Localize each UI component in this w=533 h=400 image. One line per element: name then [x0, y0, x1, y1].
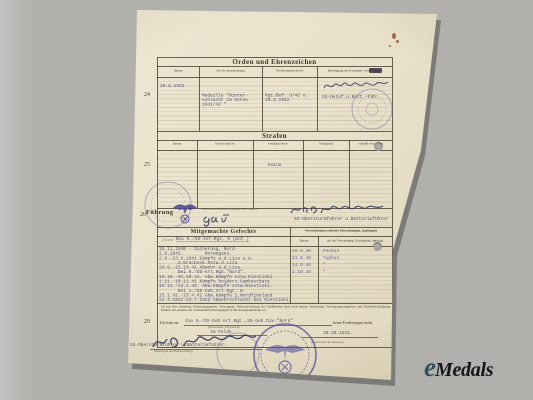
frame-line	[157, 150, 392, 151]
orden-entry-art: Medaille "Winter-schlacht im Osten1941/4…	[202, 84, 248, 117]
strafen-column-line	[253, 140, 254, 208]
strafen-col-verhaengt: verhängt durch	[253, 142, 303, 146]
orden-col-datum: Datum	[157, 69, 199, 73]
verwendungen-col-art: Art der Verwendung, Erkrankung, Impfung	[318, 239, 392, 243]
strafen-column-line	[303, 140, 304, 208]
verwendung-art: Pocken	[323, 249, 339, 254]
verwendungen-rows: 29.8.40Pocken31.8.40Typhus14.9.40"2.10.4…	[292, 249, 392, 277]
verwendung-art: "	[323, 263, 326, 268]
verwendungen-col-datum: Datum	[290, 239, 318, 243]
verwendungen-title: Verwendungen, erlittene Erkrankungen, Im…	[290, 229, 392, 233]
orden-col-art: Art der Auszeichnung	[199, 69, 262, 73]
verwendung-art: Typhus	[323, 256, 339, 261]
strafen-col-verbuesst: verbüßt von — bis	[349, 142, 392, 146]
orden-column-line	[199, 66, 200, 131]
declaration-text: Ich bin über Ahndung, Entlassungsgelder,…	[161, 305, 390, 312]
hole-punch	[374, 142, 383, 151]
frame-line	[157, 66, 392, 67]
orden-column-line	[317, 66, 318, 131]
quittung-prefix: Ich habe an	[160, 321, 178, 325]
quittung-date: 10.10.1942.	[323, 331, 353, 336]
frame-line	[157, 303, 392, 304]
quittung-signer-rank: SS-Obersturmführer u.Batterieführer.	[130, 343, 227, 348]
strafen-entry: keine	[268, 163, 282, 168]
margin-number-29: 29	[144, 319, 150, 325]
gefecht-line: 24.4.1942-23.7.1942 Abwehrschlacht bei K…	[159, 298, 293, 303]
gefechte-unit-note: Bei 6./SS-Inf.Rgt. 9 (mot.)	[176, 237, 249, 242]
orden-entry-nachweis: Rgt.Bef. 3/42 v.10.8.1942	[265, 84, 308, 112]
emedals-logo-text: Medals	[435, 359, 493, 382]
emedals-logo-e: e	[424, 352, 435, 383]
ink-smudge	[369, 68, 382, 73]
margin-number-24: 24	[144, 92, 150, 98]
strafen-col-strafart: Strafart und Nr.	[197, 142, 253, 146]
fuehrung-signer-rank: SS-Obersturmführer u.Batterieführer	[294, 217, 389, 222]
handwriting-grade-gut	[202, 213, 232, 227]
strafen-col-datum: Datum	[157, 142, 197, 146]
verwendung-datum: 29.8.40	[292, 249, 323, 254]
ink-stain	[392, 33, 396, 39]
strafen-column-line	[349, 140, 350, 208]
verwendung-datum: 31.8.40	[292, 256, 323, 261]
verwendung-datum: 2.10.40	[292, 270, 323, 275]
eagle-stamp	[171, 200, 199, 226]
strafen-column-line	[197, 140, 198, 208]
frame-line	[157, 140, 392, 141]
fuehrung-label: Führung	[146, 209, 173, 216]
photo-background: 24 Orden und Ehrenzeichen Datum Art der …	[0, 0, 533, 400]
strafen-title: Strafen	[157, 132, 392, 140]
verwendung-art: "	[323, 270, 326, 275]
gefechte-list: 15.11.1940 - Sicherung, Nord-1.9.1941. N…	[159, 247, 293, 303]
hole-punch	[373, 242, 382, 251]
emedals-logo: e Medals	[424, 352, 493, 383]
verwendung-row: 2.10.40"	[292, 270, 392, 277]
rubber-stamp-faint	[349, 86, 395, 132]
orden-col-nachweis: Verleihungsnachweis	[262, 69, 317, 73]
orden-title: Orden und Ehrenzeichen	[157, 58, 392, 66]
orden-column-line	[262, 66, 263, 131]
margin-number-25: 25	[144, 162, 150, 168]
gefechte-datum-label: Datum	[162, 238, 173, 242]
orden-entry-datum: 10.8.1942	[160, 84, 184, 89]
ink-stain	[396, 40, 399, 43]
signature-fuehrung	[288, 202, 388, 217]
gefechte-title: Mitgemachte Gefechte	[157, 229, 290, 235]
fuehrung-sublabel: und Unterschrift des Kompanie- usw. Führ…	[202, 208, 257, 211]
strafen-col-grund: Strafgrund	[303, 142, 349, 146]
verwendung-datum: 14.9.40	[292, 263, 323, 268]
document-paper: 24 Orden und Ehrenzeichen Datum Art der …	[0, 0, 533, 400]
quittung-suffix: keine Forderungen mehr.	[333, 321, 373, 325]
quittung-rank-caption: (Dienstgrad und Dienststellung)	[154, 350, 193, 353]
ink-stain	[389, 45, 391, 47]
